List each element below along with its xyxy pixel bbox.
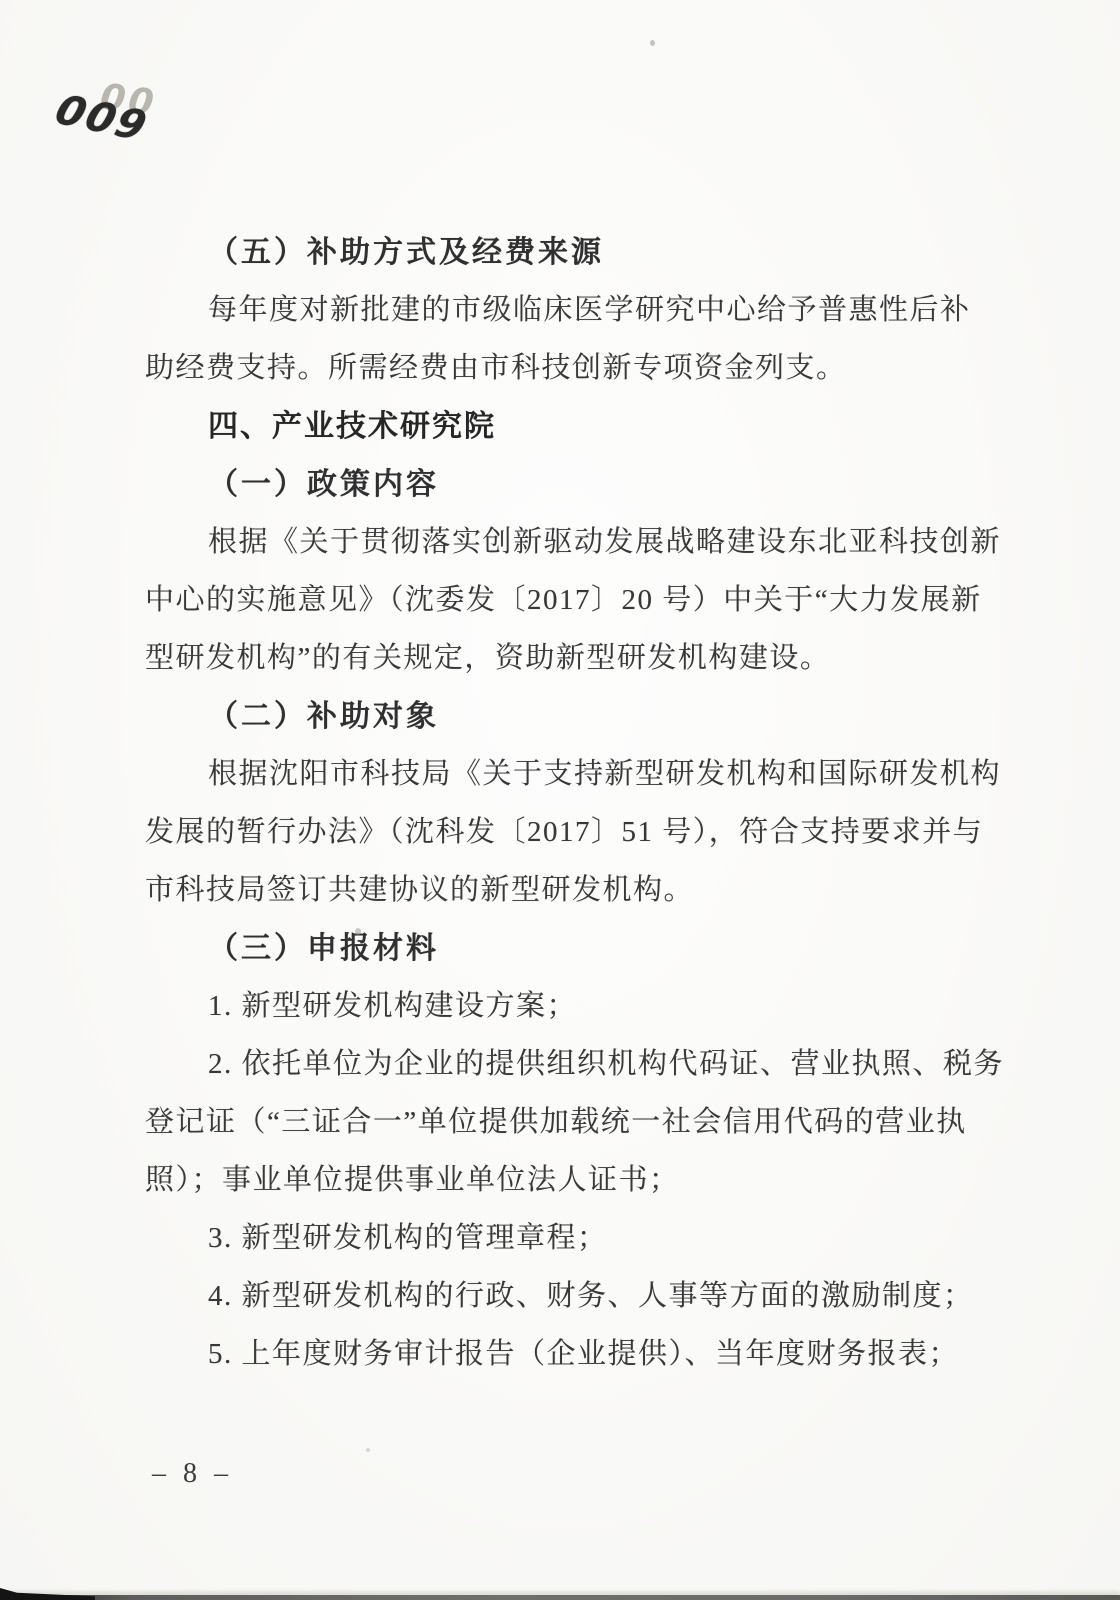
doc-list-item-2: 2. 依托单位为企业的提供组织机构代码证、营业执照、税务	[145, 1032, 1015, 1090]
doc-heading-policy-content: （一）政策内容	[145, 452, 1015, 510]
page-number: – 8 –	[152, 1458, 233, 1490]
doc-heading-application-materials: （三）申报材料	[145, 916, 1015, 974]
doc-line: 型研发机构”的有关规定，资助新型研发机构建设。	[145, 626, 1015, 684]
scanned-document-page: 00 009 （五）补助方式及经费来源 每年度对新批建的市级临床医学研究中心给予…	[0, 0, 1120, 1600]
doc-list-item-4: 4. 新型研发机构的行政、财务、人事等方面的激励制度；	[145, 1264, 1015, 1322]
doc-line: 中心的实施意见》（沈委发〔2017〕20 号）中关于“大力发展新	[145, 568, 1015, 626]
doc-line: 根据《关于贯彻落实创新驱动发展战略建设东北亚科技创新	[145, 510, 1015, 568]
doc-line: 助经费支持。所需经费由市科技创新专项资金列支。	[145, 336, 1015, 394]
scan-speck	[366, 1448, 370, 1452]
scanner-edge-artifact	[0, 1595, 1120, 1600]
doc-list-item-3: 3. 新型研发机构的管理章程；	[145, 1206, 1015, 1264]
doc-heading-subsidy-method: （五）补助方式及经费来源	[145, 220, 1015, 278]
document-number-stamp: 00 009	[56, 84, 276, 194]
doc-line: 根据沈阳市科技局《关于支持新型研发机构和国际研发机构	[145, 742, 1015, 800]
doc-line: 每年度对新批建的市级临床医学研究中心给予普惠性后补	[145, 278, 1015, 336]
doc-list-item-1: 1. 新型研发机构建设方案；	[145, 974, 1015, 1032]
doc-list-item-5: 5. 上年度财务审计报告（企业提供）、当年度财务报表；	[145, 1322, 1015, 1380]
scanner-edge-corner-artifact	[0, 1588, 95, 1600]
doc-line: 登记证（“三证合一”单位提供加载统一社会信用代码的营业执	[145, 1090, 1015, 1148]
doc-heading-subsidy-target: （二）补助对象	[145, 684, 1015, 742]
doc-line: 照）；事业单位提供事业单位法人证书；	[145, 1148, 1015, 1206]
doc-line: 市科技局签订共建协议的新型研发机构。	[145, 858, 1015, 916]
scan-speck	[355, 928, 361, 935]
document-body: （五）补助方式及经费来源 每年度对新批建的市级临床医学研究中心给予普惠性后补 助…	[145, 220, 1015, 1380]
doc-heading-industry-tech-institute: 四、产业技术研究院	[145, 394, 1015, 452]
scan-speck	[650, 40, 655, 46]
doc-line: 发展的暂行办法》（沈科发〔2017〕51 号），符合支持要求并与	[145, 800, 1015, 858]
